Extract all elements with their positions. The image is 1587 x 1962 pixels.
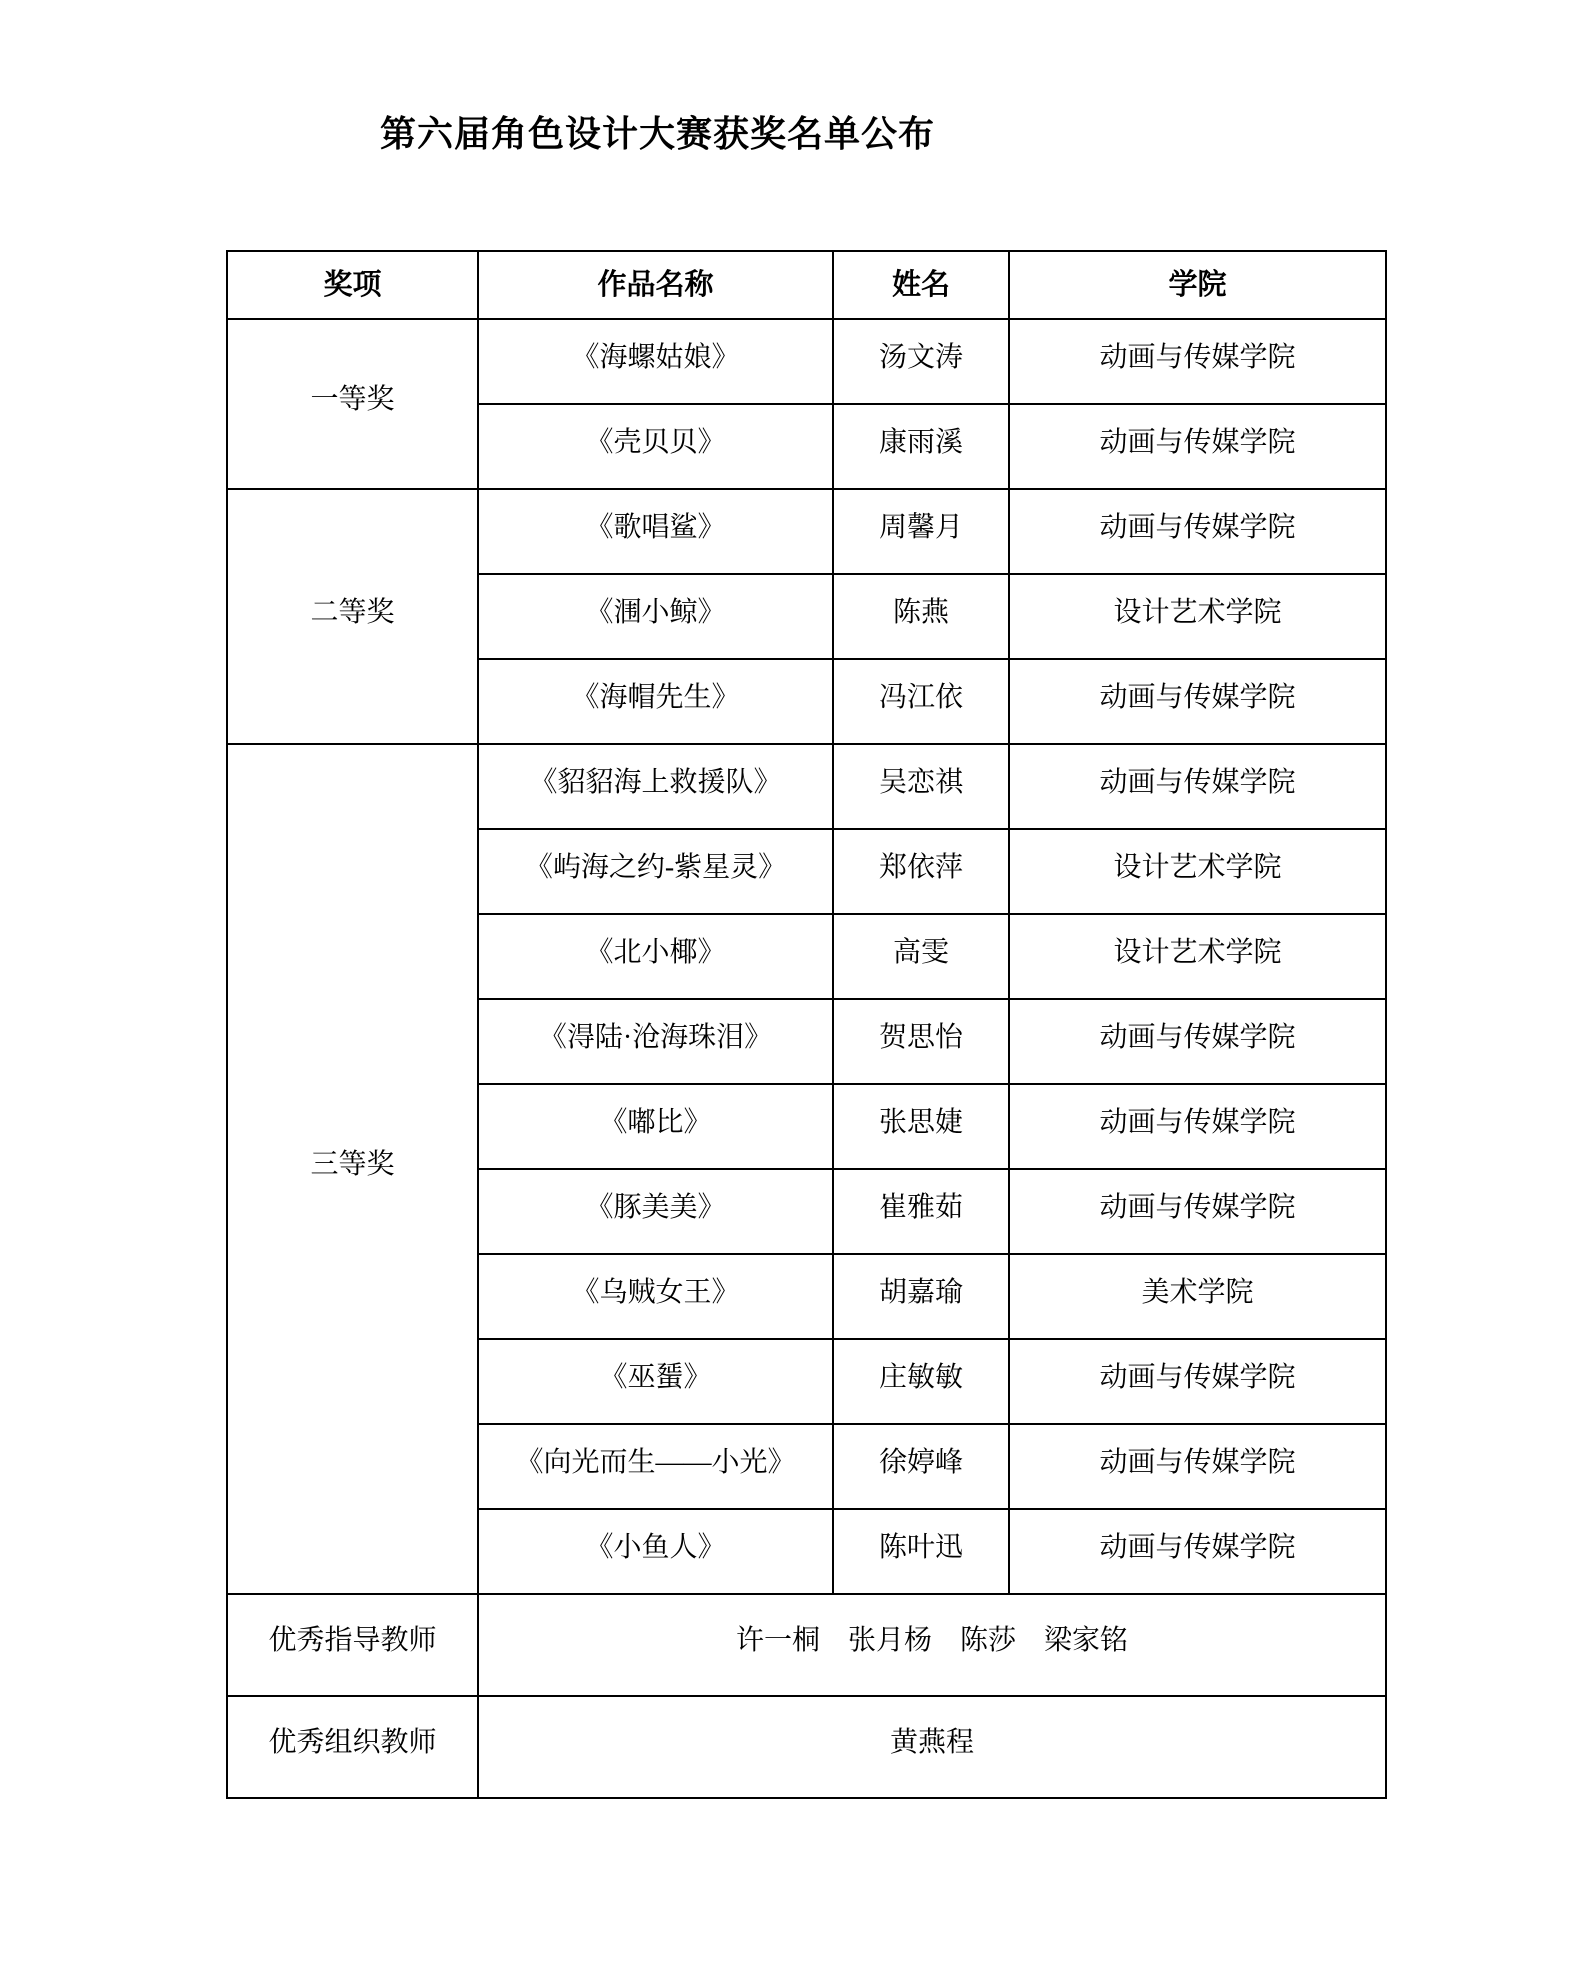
name-cell: 庄敏敏 xyxy=(833,1339,1009,1424)
work-cell: 《豚美美》 xyxy=(478,1169,833,1254)
college-cell: 动画与传媒学院 xyxy=(1009,1084,1386,1169)
work-cell: 《海帽先生》 xyxy=(478,659,833,744)
college-cell: 动画与传媒学院 xyxy=(1009,659,1386,744)
name-cell: 徐婷峰 xyxy=(833,1424,1009,1509)
work-cell: 《巫蜑》 xyxy=(478,1339,833,1424)
footer-value-guidance-teachers: 许一桐 张月杨 陈莎 梁家铭 xyxy=(478,1594,1386,1696)
name-cell: 陈燕 xyxy=(833,574,1009,659)
work-cell: 《小鱼人》 xyxy=(478,1509,833,1594)
header-work: 作品名称 xyxy=(478,251,833,319)
name-cell: 崔雅茹 xyxy=(833,1169,1009,1254)
work-cell: 《貂貂海上救援队》 xyxy=(478,744,833,829)
college-cell: 设计艺术学院 xyxy=(1009,914,1386,999)
table-row: 三等奖 《貂貂海上救援队》 吴恋祺 动画与传媒学院 xyxy=(227,744,1386,829)
college-cell: 动画与传媒学院 xyxy=(1009,744,1386,829)
name-cell: 康雨溪 xyxy=(833,404,1009,489)
name-cell: 贺思怡 xyxy=(833,999,1009,1084)
document-page: 第六届角色设计大赛获奖名单公布 奖项 作品名称 姓名 学院 一等奖 《海螺姑娘》… xyxy=(0,0,1587,1962)
work-cell: 《乌贼女王》 xyxy=(478,1254,833,1339)
name-cell: 郑依萍 xyxy=(833,829,1009,914)
work-cell: 《涠小鲸》 xyxy=(478,574,833,659)
name-cell: 汤文涛 xyxy=(833,319,1009,404)
work-cell: 《屿海之约-紫星灵》 xyxy=(478,829,833,914)
college-cell: 动画与传媒学院 xyxy=(1009,319,1386,404)
work-cell: 《歌唱鲨》 xyxy=(478,489,833,574)
work-cell: 《向光而生——小光》 xyxy=(478,1424,833,1509)
name-cell: 陈叶迅 xyxy=(833,1509,1009,1594)
college-cell: 动画与传媒学院 xyxy=(1009,1424,1386,1509)
award-group-label-third-prize: 三等奖 xyxy=(227,744,478,1594)
work-cell: 《北小椰》 xyxy=(478,914,833,999)
name-cell: 吴恋祺 xyxy=(833,744,1009,829)
name-cell: 周馨月 xyxy=(833,489,1009,574)
header-name: 姓名 xyxy=(833,251,1009,319)
college-cell: 动画与传媒学院 xyxy=(1009,489,1386,574)
table-row: 二等奖 《歌唱鲨》 周馨月 动画与传媒学院 xyxy=(227,489,1386,574)
work-cell: 《淂陆·沧海珠泪》 xyxy=(478,999,833,1084)
college-cell: 设计艺术学院 xyxy=(1009,829,1386,914)
college-cell: 动画与传媒学院 xyxy=(1009,1169,1386,1254)
footer-value-organization-teachers: 黄燕程 xyxy=(478,1696,1386,1798)
award-group-label-first-prize: 一等奖 xyxy=(227,319,478,489)
footer-label-organization-teachers: 优秀组织教师 xyxy=(227,1696,478,1798)
award-group-label-second-prize: 二等奖 xyxy=(227,489,478,744)
table-row: 一等奖 《海螺姑娘》 汤文涛 动画与传媒学院 xyxy=(227,319,1386,404)
college-cell: 动画与传媒学院 xyxy=(1009,404,1386,489)
college-cell: 动画与传媒学院 xyxy=(1009,1509,1386,1594)
name-cell: 张思婕 xyxy=(833,1084,1009,1169)
document-title: 第六届角色设计大赛获奖名单公布 xyxy=(380,106,935,157)
college-cell: 动画与传媒学院 xyxy=(1009,1339,1386,1424)
header-college: 学院 xyxy=(1009,251,1386,319)
name-cell: 高雯 xyxy=(833,914,1009,999)
college-cell: 动画与传媒学院 xyxy=(1009,999,1386,1084)
footer-label-guidance-teachers: 优秀指导教师 xyxy=(227,1594,478,1696)
name-cell: 胡嘉瑜 xyxy=(833,1254,1009,1339)
work-cell: 《壳贝贝》 xyxy=(478,404,833,489)
table-row-organization-teachers: 优秀组织教师 黄燕程 xyxy=(227,1696,1386,1798)
work-cell: 《海螺姑娘》 xyxy=(478,319,833,404)
header-award: 奖项 xyxy=(227,251,478,319)
college-cell: 设计艺术学院 xyxy=(1009,574,1386,659)
table-row-guidance-teachers: 优秀指导教师 许一桐 张月杨 陈莎 梁家铭 xyxy=(227,1594,1386,1696)
work-cell: 《嘟比》 xyxy=(478,1084,833,1169)
award-table: 奖项 作品名称 姓名 学院 一等奖 《海螺姑娘》 汤文涛 动画与传媒学院 《壳贝… xyxy=(226,250,1387,1799)
table-header-row: 奖项 作品名称 姓名 学院 xyxy=(227,251,1386,319)
name-cell: 冯江依 xyxy=(833,659,1009,744)
college-cell: 美术学院 xyxy=(1009,1254,1386,1339)
